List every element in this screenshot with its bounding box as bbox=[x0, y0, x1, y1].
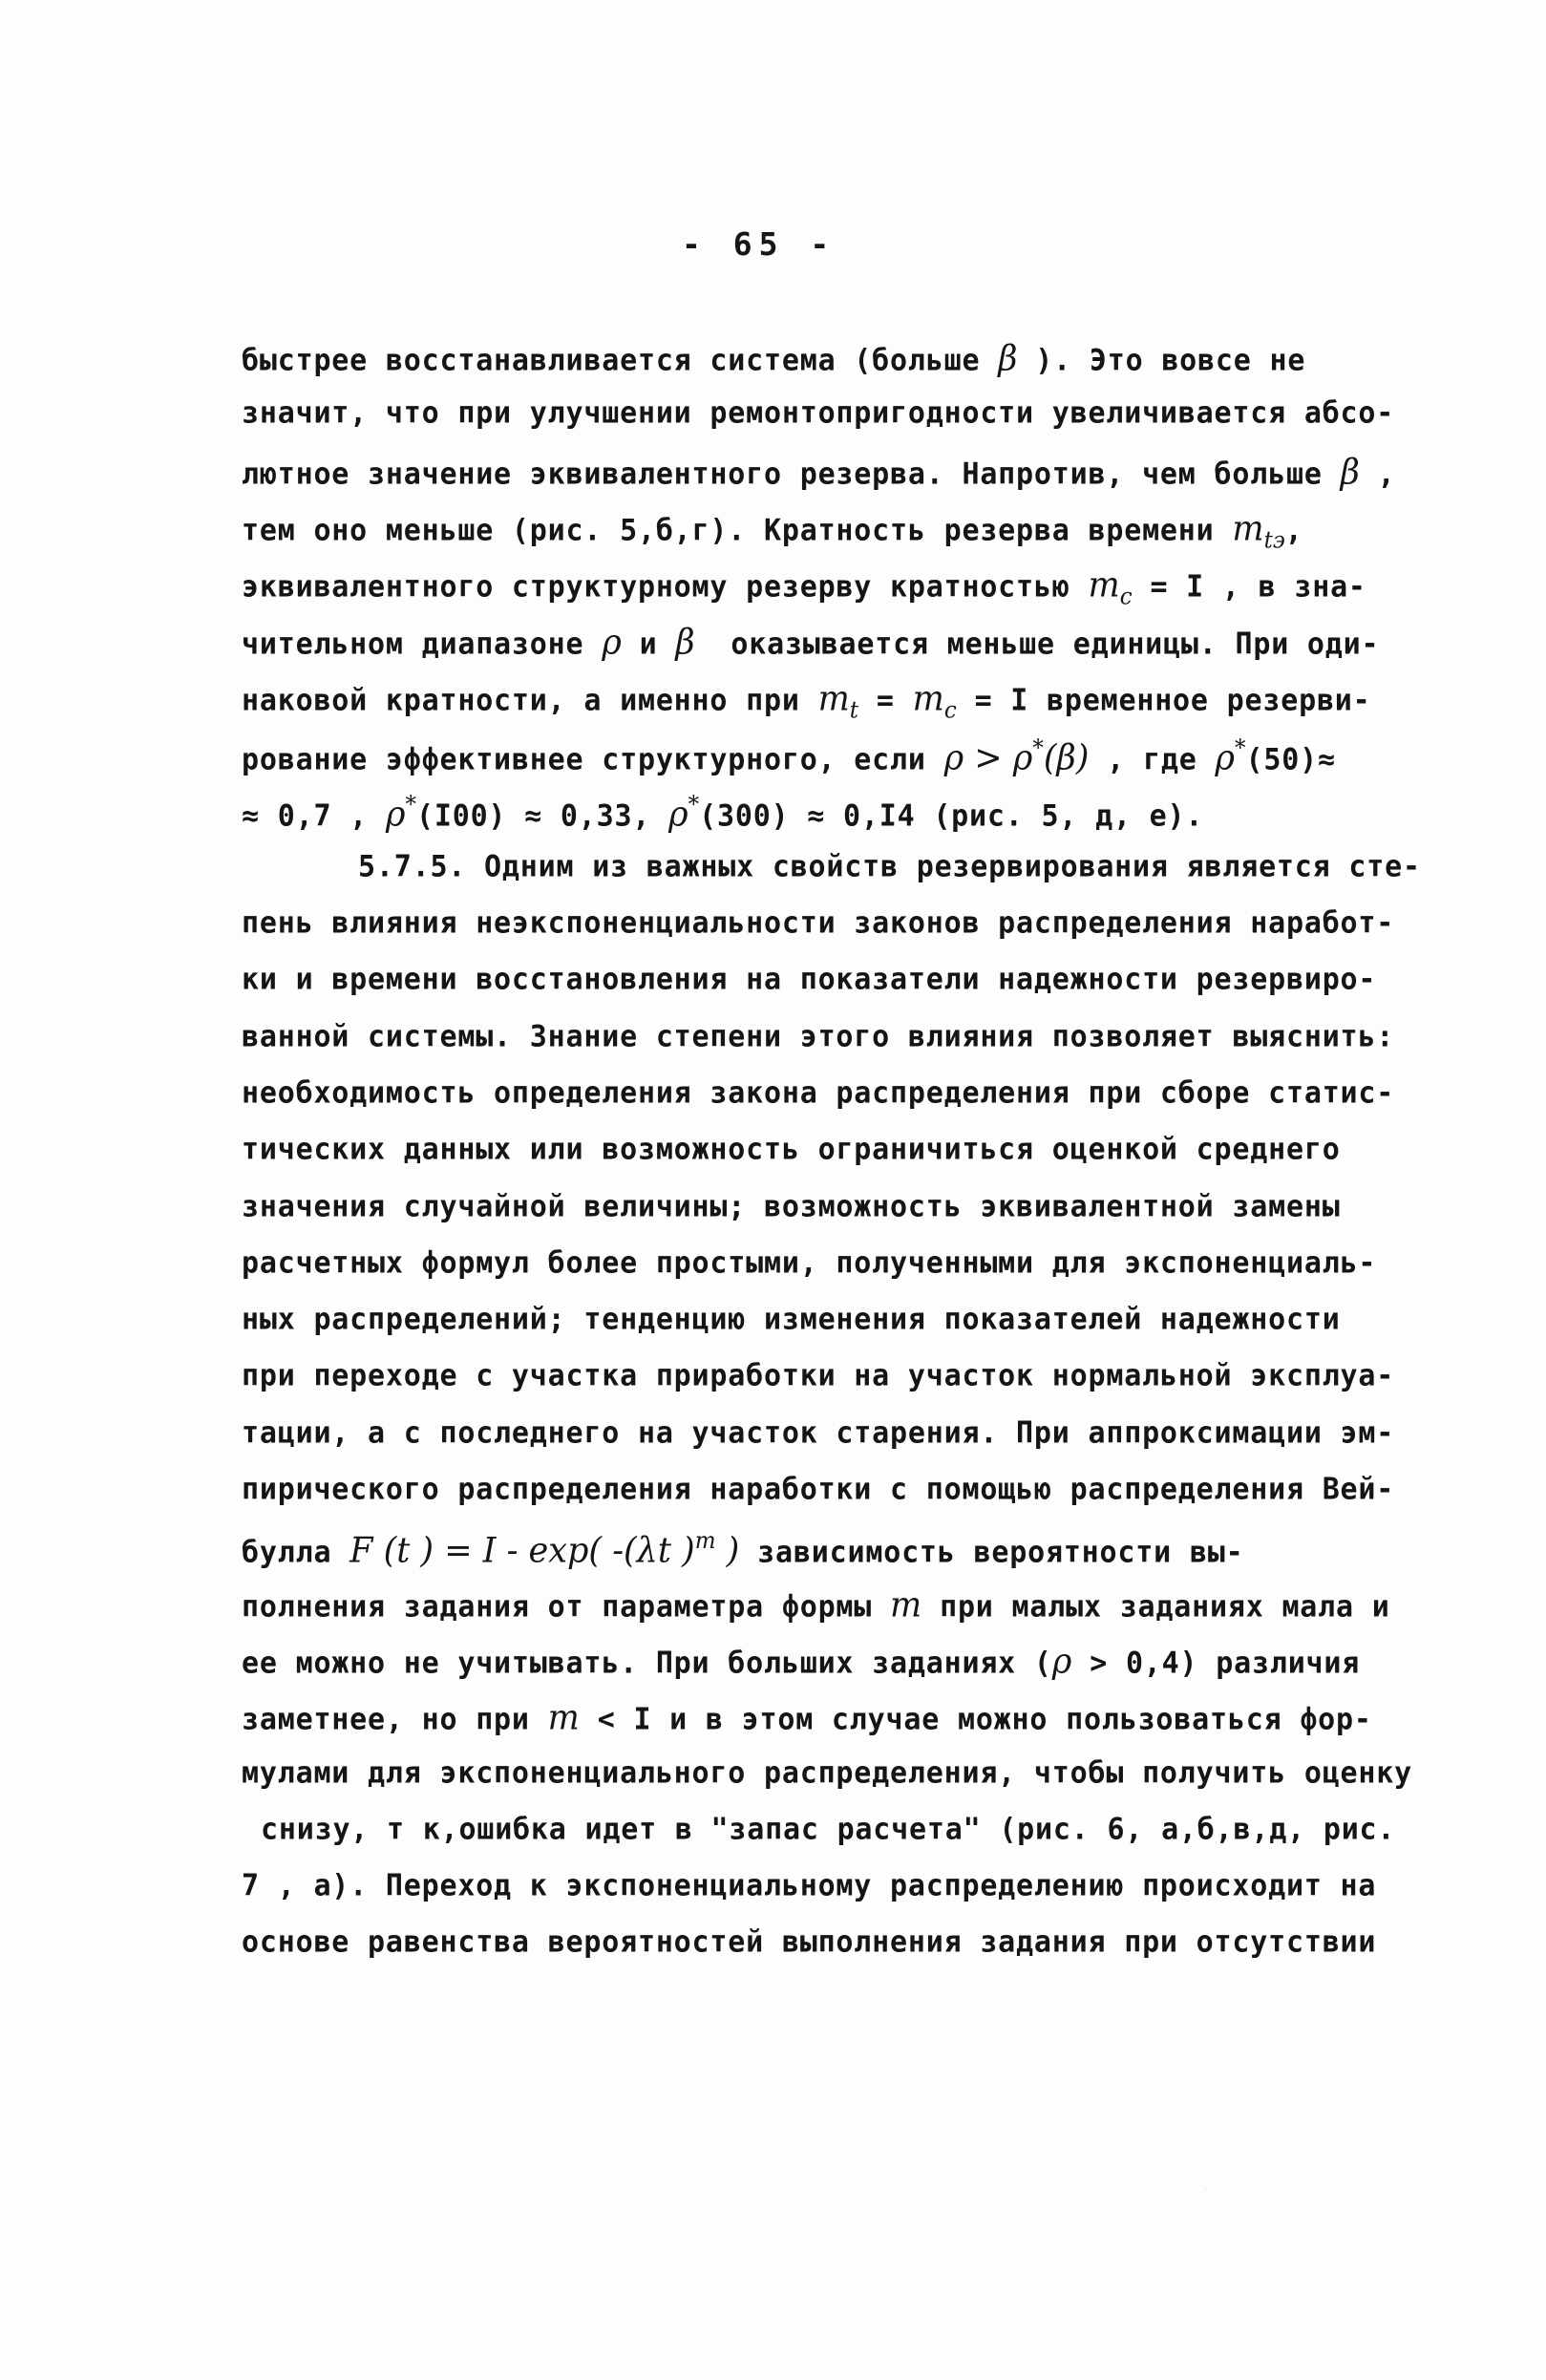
text-line: лютное значение эквивалентного резерва. … bbox=[242, 453, 1396, 493]
formula-fragment: m bbox=[1232, 509, 1263, 549]
typewritten-text: ки и времени восстановления на показател… bbox=[242, 962, 1376, 996]
typewritten-text: пирического распределения наработки с по… bbox=[242, 1472, 1394, 1506]
page-number: - 65 - bbox=[682, 225, 836, 263]
formula-fragment: m bbox=[548, 1698, 580, 1738]
typewritten-text: тем оно меньше (рис. 5,б,г). Кратность р… bbox=[242, 513, 1232, 547]
text-line: 5.7.5. Одним из важных свойств резервиро… bbox=[358, 849, 1421, 883]
typewritten-text: оказывается меньше единицы. При оди- bbox=[695, 627, 1380, 661]
typewritten-text: тических данных или возможность ограничи… bbox=[242, 1132, 1341, 1166]
typewritten-text: (I00) ≈ 0,33, bbox=[416, 798, 668, 833]
typewritten-text: (300) ≈ 0,I4 (рис. 5, д, е). bbox=[699, 798, 1203, 833]
typewritten-text: при малых заданиях мала и bbox=[921, 1589, 1389, 1624]
formula-fragment: m bbox=[1089, 565, 1120, 606]
text-line: тем оно меньше (рис. 5,б,г). Кратность р… bbox=[242, 509, 1303, 554]
text-line: пень влияния неэкспоненциальности законо… bbox=[242, 905, 1394, 940]
text-line: ных распределений; тенденцию изменения п… bbox=[242, 1302, 1341, 1336]
formula-fragment: * bbox=[688, 792, 700, 818]
text-line: 7 , а). Переход к экспоненциальному расп… bbox=[242, 1868, 1376, 1902]
scanned-page: - 65 - быстрее восстанавливается система… bbox=[0, 0, 1546, 2380]
text-line: расчетных формул более простыми, получен… bbox=[242, 1245, 1376, 1280]
typewritten-text: необходимость определения закона распред… bbox=[242, 1075, 1394, 1110]
formula-fragment: tэ bbox=[1264, 528, 1285, 554]
typewritten-text: = bbox=[858, 683, 913, 717]
typewritten-text: лютное значение эквивалентного резерва. … bbox=[242, 457, 1341, 491]
formula-fragment: β bbox=[1341, 453, 1360, 493]
formula-fragment: c bbox=[1120, 584, 1133, 610]
typewritten-text: ванной системы. Знание степени этого вли… bbox=[242, 1019, 1394, 1053]
typewritten-text: , bbox=[1360, 457, 1396, 491]
typewritten-text: и bbox=[622, 627, 676, 661]
typewritten-text: = I , в зна- bbox=[1133, 569, 1366, 604]
typewritten-text: пень влияния неэкспоненциальности законо… bbox=[242, 905, 1394, 940]
typewritten-text: = I временное резерви- bbox=[957, 683, 1371, 717]
typewritten-text: 7 , а). Переход к экспоненциальному расп… bbox=[242, 1868, 1376, 1902]
text-line: мулами для экспоненциального распределен… bbox=[242, 1755, 1412, 1790]
formula-fragment: β bbox=[675, 623, 694, 663]
typewritten-text: снизу, т к,ошибка идет в "запас расчета"… bbox=[261, 1812, 1395, 1846]
text-line: значения случайной величины; возможность… bbox=[242, 1189, 1341, 1223]
text-line: ванной системы. Знание степени этого вли… bbox=[242, 1019, 1394, 1053]
formula-fragment: * bbox=[1235, 735, 1246, 761]
formula-fragment: ρ bbox=[386, 795, 406, 835]
formula-fragment: ρ bbox=[668, 795, 688, 835]
formula-fragment: m bbox=[818, 679, 850, 719]
formula-fragment: * bbox=[1032, 735, 1044, 761]
typewritten-text: быстрее восстанавливается система (больш… bbox=[242, 343, 998, 377]
typewritten-text: эквивалентного структурному резерву крат… bbox=[242, 569, 1089, 604]
text-line: рование эффективнее структурного, если ρ… bbox=[242, 735, 1336, 778]
typewritten-text: основе равенства вероятностей выполнения… bbox=[242, 1924, 1376, 1959]
text-line: тических данных или возможность ограничи… bbox=[242, 1132, 1341, 1166]
text-line: ки и времени восстановления на показател… bbox=[242, 962, 1376, 996]
text-line: быстрее восстанавливается система (больш… bbox=[242, 339, 1305, 379]
typewritten-text: значит, что при улучшении ремонтопригодн… bbox=[242, 395, 1394, 430]
formula-fragment: (β) bbox=[1044, 738, 1090, 778]
formula-fragment: m bbox=[890, 1585, 921, 1626]
formula-fragment: ρ bbox=[1052, 1642, 1072, 1682]
formula-fragment: m bbox=[695, 1528, 716, 1554]
typewritten-text: рование эффективнее структурного, если bbox=[242, 742, 944, 776]
typewritten-text: заметнее, но при bbox=[242, 1702, 548, 1736]
text-line: пирического распределения наработки с по… bbox=[242, 1472, 1394, 1506]
text-line: значит, что при улучшении ремонтопригодн… bbox=[242, 395, 1394, 430]
formula-fragment: ρ bbox=[1215, 738, 1235, 778]
text-line: заметнее, но при m < I и в этом случае м… bbox=[242, 1698, 1372, 1738]
formula-fragment: ρ bbox=[602, 623, 622, 663]
text-line: ≈ 0,7 , ρ*(I00) ≈ 0,33, ρ*(300) ≈ 0,I4 (… bbox=[242, 792, 1203, 835]
formula-fragment: β bbox=[998, 339, 1017, 379]
typewritten-text: , где bbox=[1089, 742, 1215, 776]
typewritten-text: зависимость вероятности вы- bbox=[739, 1535, 1243, 1569]
formula-fragment: m bbox=[913, 679, 944, 719]
text-line: основе равенства вероятностей выполнения… bbox=[242, 1924, 1376, 1959]
text-line: ее можно не учитывать. При больших задан… bbox=[242, 1642, 1360, 1682]
typewritten-text: при переходе с участка приработки на уча… bbox=[242, 1358, 1394, 1392]
text-line: при переходе с участка приработки на уча… bbox=[242, 1358, 1394, 1392]
typewritten-text: > 0,4) различия bbox=[1071, 1646, 1360, 1680]
typewritten-text: значения случайной величины; возможность… bbox=[242, 1189, 1341, 1223]
formula-fragment: ρ > ρ bbox=[944, 738, 1033, 778]
typewritten-text: ≈ 0,7 , bbox=[242, 798, 386, 833]
typewritten-text: расчетных формул более простыми, получен… bbox=[242, 1245, 1376, 1280]
typewritten-text: ). Это вовсе не bbox=[1017, 343, 1305, 377]
formula-fragment: ) bbox=[716, 1531, 740, 1571]
text-line: наковой кратности, а именно при mt = mc … bbox=[242, 679, 1371, 724]
formula-fragment: t bbox=[850, 698, 858, 724]
text-line: необходимость определения закона распред… bbox=[242, 1075, 1394, 1110]
text-line: чительном диапазоне ρ и β оказывается ме… bbox=[242, 623, 1379, 663]
text-line: эквивалентного структурному резерву крат… bbox=[242, 565, 1366, 610]
typewritten-text: ее можно не учитывать. При больших задан… bbox=[242, 1646, 1052, 1680]
formula-fragment: F (t ) = I - exp( -(λt ) bbox=[349, 1531, 695, 1571]
typewritten-text: тации, а с последнего на участок старени… bbox=[242, 1415, 1394, 1450]
typewritten-text: < I и в этом случае можно пользоваться ф… bbox=[580, 1702, 1372, 1736]
typewritten-text: булла bbox=[242, 1535, 349, 1569]
typewritten-text: (50)≈ bbox=[1246, 742, 1336, 776]
text-line: снизу, т к,ошибка идет в "запас расчета"… bbox=[261, 1812, 1395, 1846]
formula-fragment: c bbox=[944, 698, 957, 724]
text-line: полнения задания от параметра формы m пр… bbox=[242, 1585, 1390, 1626]
typewritten-text: ных распределений; тенденцию изменения п… bbox=[242, 1302, 1341, 1336]
typewritten-text: , bbox=[1285, 513, 1303, 547]
text-line: булла F (t ) = I - exp( -(λt )m ) зависи… bbox=[242, 1528, 1243, 1571]
formula-fragment: * bbox=[405, 792, 416, 818]
typewritten-text: полнения задания от параметра формы bbox=[242, 1589, 890, 1624]
text-line: тации, а с последнего на участок старени… bbox=[242, 1415, 1394, 1450]
typewritten-text: наковой кратности, а именно при bbox=[242, 683, 818, 717]
typewritten-text: чительном диапазоне bbox=[242, 627, 602, 661]
typewritten-text: 5.7.5. Одним из важных свойств резервиро… bbox=[358, 849, 1421, 883]
typewritten-text: мулами для экспоненциального распределен… bbox=[242, 1755, 1412, 1790]
